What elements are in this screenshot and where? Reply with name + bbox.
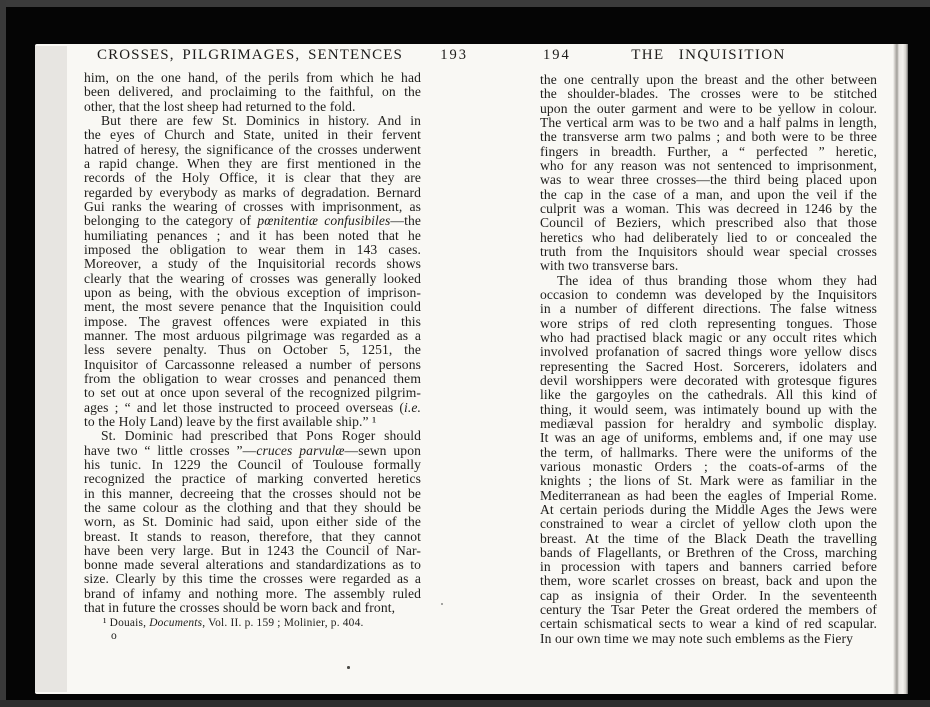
text-line: recognized the practice of marking conve… xyxy=(84,472,421,486)
text-line: wore strips of red cloth representing to… xyxy=(540,317,877,331)
text-line: imposed the obligation to wear them in 1… xyxy=(84,243,421,257)
text-line: was to wear three crosses—the third bein… xyxy=(540,173,877,187)
text-line: records of the Holy Office, it is clear … xyxy=(84,171,421,185)
text-line: been delivered, and proclaiming to the f… xyxy=(84,85,421,99)
page-number-right: 194 xyxy=(543,47,571,64)
text-line: impose. The gravest offences were expiat… xyxy=(84,315,421,329)
text-line: But there are few St. Dominics in histor… xyxy=(84,114,421,128)
text-line: Mediterranean as had been the eagles of … xyxy=(540,489,877,503)
book-fore-edge xyxy=(35,46,67,692)
text-line: heretics who had deliberately lied to or… xyxy=(540,231,877,245)
text-line: in this manner, decreeing that the cross… xyxy=(84,487,421,501)
text-line: worn, as St. Dominic had said, upon eith… xyxy=(84,515,421,529)
text-line: hatred of heresy, the significance of th… xyxy=(84,143,421,157)
text-line: knights ; the lions of St. Mark were as … xyxy=(540,474,877,488)
text-line: to set out at once upon several of the r… xyxy=(84,386,421,400)
scan-speck xyxy=(347,666,350,669)
text-line: It was an age of uniforms, emblems and, … xyxy=(540,431,877,445)
text-line: have been very large. But in 1243 the Co… xyxy=(84,544,421,558)
text-line: them, wore scarlet crosses on breast, ba… xyxy=(540,574,877,588)
window-frame-bottom xyxy=(0,700,930,707)
text-line: the shoulder-blades. The crosses were to… xyxy=(540,87,877,101)
book-right-edge xyxy=(893,44,908,694)
text-line: various monastic Orders ; the coats-of-a… xyxy=(540,460,877,474)
text-line: with two transverse bars. xyxy=(540,259,877,273)
running-header-title: THE INQUISITION xyxy=(631,47,786,63)
book-scan-viewer: CROSSES, PILGRIMAGES, SENTENCES 193 him,… xyxy=(0,0,930,707)
text-line: the cap in the case of a man, and upon t… xyxy=(540,188,877,202)
text-line: mediæval passion for heraldry and symbol… xyxy=(540,417,877,431)
text-line: a rapid change. When they are first ment… xyxy=(84,157,421,171)
text-line: certain schismatical sects to wear a kin… xyxy=(540,617,877,631)
text-line: clearly that the wearing of crosses was … xyxy=(84,272,421,286)
book-page-spread: CROSSES, PILGRIMAGES, SENTENCES 193 him,… xyxy=(35,44,908,694)
text-line: involved profanation of sacred things wo… xyxy=(540,345,877,359)
text-line: breast. It stands to reason, therefore, … xyxy=(84,530,421,544)
text-line: have two “ little crosses ”—cruces parvu… xyxy=(84,444,421,458)
running-header-left: CROSSES, PILGRIMAGES, SENTENCES 193 xyxy=(97,47,468,64)
text-line: upon as being, with the obvious exceptio… xyxy=(84,286,421,300)
text-line: him, on the one hand, of the perils from… xyxy=(84,71,421,85)
text-line: other, that the lost sheep had returned … xyxy=(84,100,421,114)
text-line: the same colour as the clothing and that… xyxy=(84,501,421,515)
text-line: regarded by everybody as marks of degrad… xyxy=(84,186,421,200)
window-frame-top xyxy=(0,0,930,7)
text-line: to the Holy Land) leave by the first ava… xyxy=(84,415,421,429)
text-line: The idea of thus branding those whom the… xyxy=(540,274,877,288)
text-line: St. Dominic had prescribed that Pons Rog… xyxy=(84,429,421,443)
window-frame-left xyxy=(0,0,6,707)
text-line: breast. At the time of the Black Death t… xyxy=(540,532,877,546)
text-line: century the Tsar Peter the Great ordered… xyxy=(540,603,877,617)
page-number-left: 193 xyxy=(440,47,468,64)
text-line: brand of infamy and nothing more. The as… xyxy=(84,587,421,601)
text-column-right: the one centrally upon the breast and th… xyxy=(540,73,877,646)
text-line: in procession with tapers and banners ca… xyxy=(540,560,877,574)
text-line: Inquisitor of Carcassonne released a num… xyxy=(84,358,421,372)
text-line: the term, of hallmarks. There were the u… xyxy=(540,446,877,460)
text-line: like the gargoyles on the cathedrals. Al… xyxy=(540,388,877,402)
signature-mark: o xyxy=(111,630,117,642)
text-line: fingers in breadth. Further, a “ perfect… xyxy=(540,145,877,159)
text-line: culprit was a woman. This was decreed in… xyxy=(540,202,877,216)
text-line: humiliating penances ; and it has been n… xyxy=(84,229,421,243)
running-header-title: CROSSES, PILGRIMAGES, SENTENCES xyxy=(97,47,403,64)
scan-speck xyxy=(441,603,443,605)
text-line: belonging to the category of pœnitentiæ … xyxy=(84,214,421,228)
text-line: less severe penalty. Thus on October 5, … xyxy=(84,343,421,357)
text-line: manner. The most arduous pilgrimage was … xyxy=(84,329,421,343)
text-line: ages ; “ and let those instructed to pro… xyxy=(84,401,421,415)
text-line: The vertical arm was to be two and a hal… xyxy=(540,116,877,130)
text-line: At certain periods during the Middle Age… xyxy=(540,503,877,517)
text-line: who had practised black magic or any occ… xyxy=(540,331,877,345)
text-line: thing, it would seem, was intimately bou… xyxy=(540,403,877,417)
text-line: bonne made several alterations and stand… xyxy=(84,558,421,572)
text-line: Council of Beziers, which prescribed als… xyxy=(540,216,877,230)
text-line: occasion to condemn was developed by the… xyxy=(540,288,877,302)
text-line: cap as insignia of their Order. In the s… xyxy=(540,589,877,603)
text-line: representing the Sacred Host. Sorcerers,… xyxy=(540,360,877,374)
text-line: in a number of different directions. The… xyxy=(540,302,877,316)
text-line: upon the outer garment and were to be ye… xyxy=(540,102,877,116)
text-line: from the obligation to wear crosses and … xyxy=(84,372,421,386)
text-line: ment, the most severe penance that the I… xyxy=(84,300,421,314)
text-line: bands of Flagellants, or Brethren of the… xyxy=(540,546,877,560)
text-line: Moreover, a study of the Inquisitorial r… xyxy=(84,257,421,271)
text-line: truth from the Inquisitors should wear s… xyxy=(540,245,877,259)
text-line: devil worshippers were decorated with gr… xyxy=(540,374,877,388)
text-line: that in future the crosses should be wor… xyxy=(84,601,421,615)
text-line: who for any reason was not sentenced to … xyxy=(540,159,877,173)
footnote: ¹ Douais, Documents, Vol. II. p. 159 ; M… xyxy=(103,617,403,630)
running-header-right: 194 THE INQUISITION xyxy=(540,47,877,64)
text-line: the one centrally upon the breast and th… xyxy=(540,73,877,87)
text-line: size. Clearly by this time the crosses w… xyxy=(84,572,421,586)
text-line: his tunic. In 1229 the Council of Toulou… xyxy=(84,458,421,472)
text-line: the eyes of Church and State, united in … xyxy=(84,128,421,142)
text-line: the transverse arm two palms ; and both … xyxy=(540,130,877,144)
text-column-left: him, on the one hand, of the perils from… xyxy=(84,71,421,615)
text-line: constrained to wear a circlet of yellow … xyxy=(540,517,877,531)
text-line: Gui ranks the wearing of crosses with im… xyxy=(84,200,421,214)
text-line: In our own time we may note such emblems… xyxy=(540,632,877,646)
